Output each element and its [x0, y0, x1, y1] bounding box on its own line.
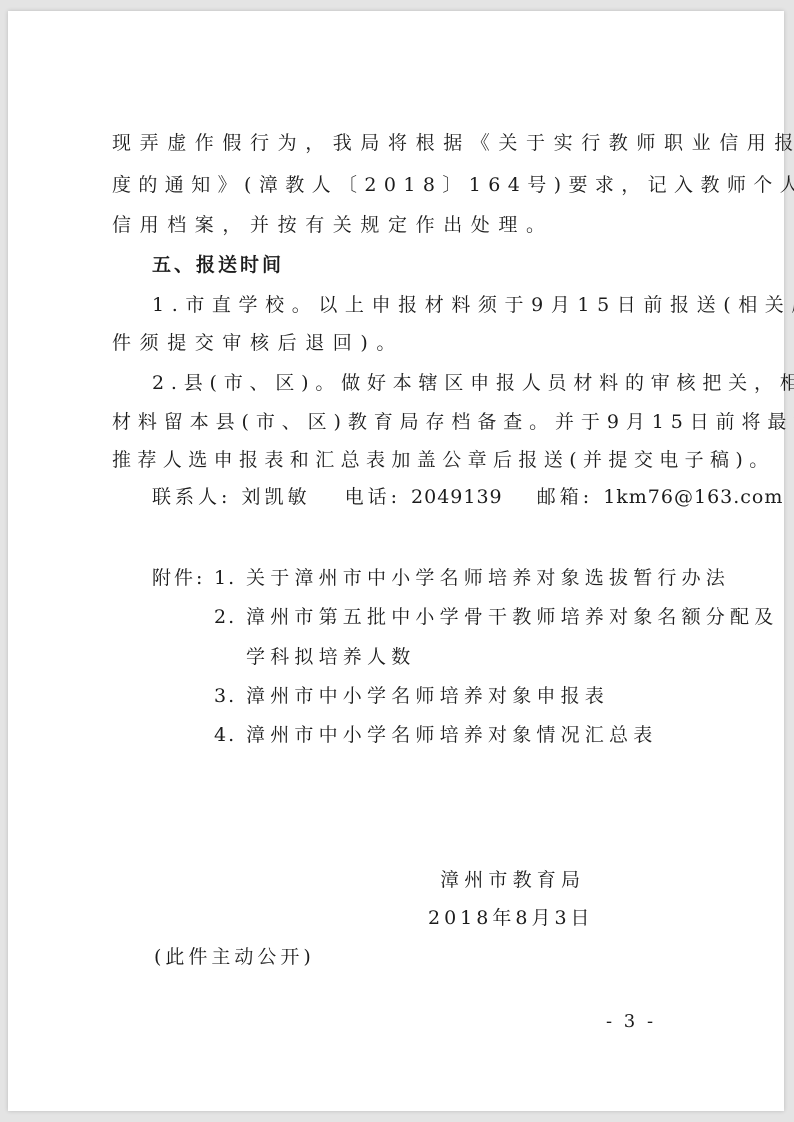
item1-line: 件须提交审核后退回)。 — [112, 331, 404, 355]
body-text-line: 现弄虚作假行为，我局将根据《关于实行教师职业信用报告制 — [112, 131, 794, 155]
item1-line: 1.市直学校。以上申报材料须于9月15日前报送(相关原 — [152, 293, 794, 317]
contact-email[interactable]: 1km76@163.com — [603, 486, 783, 508]
body-text-line: 信用档案，并按有关规定作出处理。 — [112, 213, 554, 237]
section-heading: 五、报送时间 — [152, 253, 284, 277]
contact-person: 刘凯敏 — [241, 486, 310, 508]
item2-line: 2.县(市、区)。做好本辖区申报人员材料的审核把关，相关 — [152, 371, 794, 395]
attachment-1-num: 1. — [214, 566, 236, 590]
document-page: 现弄虚作假行为，我局将根据《关于实行教师职业信用报告制 度的通知》(漳教人〔20… — [8, 11, 784, 1111]
disclosure-note: (此件主动公开) — [154, 945, 315, 969]
page-number: - 3 - — [606, 1010, 656, 1034]
attachment-1-title: 关于漳州市中小学名师培养对象选拔暂行办法 — [246, 566, 730, 590]
item2-line: 推荐人选申报表和汇总表加盖公章后报送(并提交电子稿)。 — [112, 448, 775, 472]
attachment-2-num: 2. — [214, 605, 236, 629]
contact-line: 联系人: 刘凯敏 电话: 2049139 邮箱: 1km76@163.com — [152, 485, 783, 509]
contact-person-label: 联系人: — [152, 486, 231, 508]
contact-email-label: 邮箱: — [537, 486, 593, 508]
attachment-4-num: 4. — [214, 723, 236, 747]
attachment-2-title-cont: 学科拟培养人数 — [246, 645, 415, 669]
body-text-line: 度的通知》(漳教人〔2018〕164号)要求，记入教师个人职业 — [112, 173, 794, 197]
issuer-name: 漳州市教育局 — [440, 868, 585, 892]
contact-phone-label: 电话: — [345, 486, 401, 508]
issue-date: 2018年8月3日 — [428, 906, 594, 930]
attachment-3-num: 3. — [214, 684, 236, 708]
contact-phone: 2049139 — [411, 486, 503, 508]
attachments-label: 附件: — [152, 566, 205, 590]
attachment-4-title: 漳州市中小学名师培养对象情况汇总表 — [246, 723, 657, 747]
attachment-2-title: 漳州市第五批中小学骨干教师培养对象名额分配及 — [246, 605, 778, 629]
item2-line: 材料留本县(市、区)教育局存档备查。并于9月15日前将最终 — [112, 410, 794, 434]
attachment-3-title: 漳州市中小学名师培养对象申报表 — [246, 684, 609, 708]
